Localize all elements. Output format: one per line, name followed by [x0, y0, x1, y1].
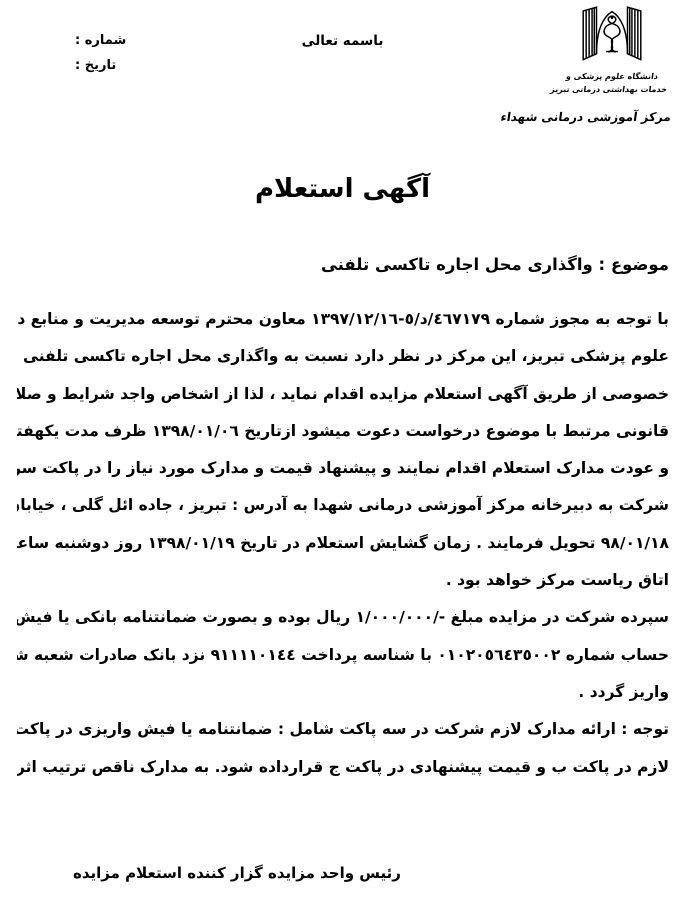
letterhead: دانشگاه علوم پزشکی و خدمات بهداشتی درمان…: [557, 5, 667, 96]
letter-number-label: شماره :: [75, 33, 126, 48]
inquiry-letter-page: دانشگاه علوم پزشکی و خدمات بهداشتی درمان…: [0, 0, 685, 903]
signature-line: رئیس واحد مزایده گزار کننده استعلام مزای…: [73, 864, 401, 882]
para1-line2: علوم پزشکی تبریز، این مرکز در نظر دارد ن…: [17, 338, 669, 375]
university-name-line1: دانشگاه علوم پزشکی و: [556, 70, 668, 83]
para2-line1: سپرده شرکت در مزایده مبلغ -/١/٠٠٠/٠٠٠ ری…: [17, 599, 669, 636]
university-name-line2: خدمات بهداشتی درمانی تبریز: [556, 83, 668, 96]
para1-line6: شرکت به دبیرخانه مرکز آموزشی درمانی شهدا…: [17, 487, 669, 524]
para1-line4: قانونی مرتبط با موضوع درخواست دعوت میشود…: [17, 413, 669, 450]
para3-line1: توجه : ارائه مدارک لازم شرکت در سه پاکت …: [17, 711, 669, 748]
para2-line2: حساب شماره ٠١٠٢٠٥٦٤٣٥٠٠٢ با شناسه پرداخت…: [17, 637, 669, 674]
letter-date-label: تاریخ :: [75, 58, 116, 73]
medical-center-name: مرکز آموزشی درمانی شهداء: [552, 110, 672, 124]
para2-line3: واریز گردد .: [17, 674, 669, 711]
letter-title: آگهی استعلام: [0, 174, 685, 204]
subject-line: موضوع : واگذاری محل اجاره تاکسی تلفنی: [321, 255, 669, 274]
para3-line2: لازم در پاکت ب و قیمت پیشنهادی در پاکت ج…: [17, 749, 669, 786]
para1-line7: ٩٨/٠١/١٨ تحویل فرمایند . زمان گشایش استع…: [17, 525, 669, 562]
letter-body: با توجه به مجوز شماره ٤٦٧١٧٩/د/٥-١٣٩٧/١٢…: [17, 301, 669, 786]
para1-line1: با توجه به مجوز شماره ٤٦٧١٧٩/د/٥-١٣٩٧/١٢…: [17, 301, 669, 338]
para1-line3: خصوصی از طریق آگهی استعلام مزایده اقدام …: [17, 376, 669, 413]
para1-line5: و عودت مدارک استعلام اقدام نمایند و پیشن…: [17, 450, 669, 487]
para1-line8: اتاق ریاست مرکز خواهد بود .: [17, 562, 669, 599]
